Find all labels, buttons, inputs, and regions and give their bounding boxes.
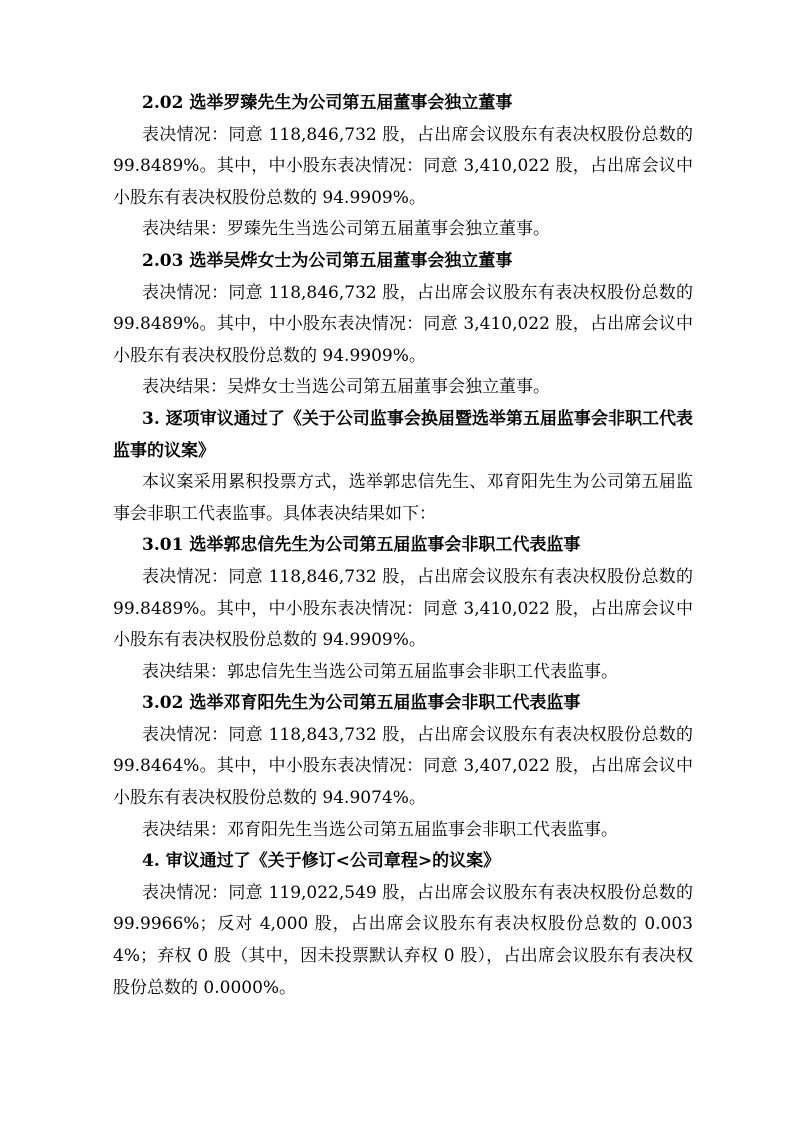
section-heading-2-02: 2.02 选举罗臻先生为公司第五届董事会独立董事	[113, 88, 693, 120]
voting-result-paragraph: 表决结果：罗臻先生当选公司第五届董事会独立董事。	[113, 214, 693, 246]
document-page: 2.02 选举罗臻先生为公司第五届董事会独立董事 表决情况：同意 118,846…	[0, 0, 793, 1122]
section-heading-3-01: 3.01 选举郭忠信先生为公司第五届监事会非职工代表监事	[113, 530, 693, 562]
voting-detail-paragraph: 表决情况：同意 118,846,732 股，占出席会议股东有表决权股份总数的 9…	[113, 278, 693, 373]
voting-detail-paragraph: 表决情况：同意 118,846,732 股，占出席会议股东有表决权股份总数的 9…	[113, 120, 693, 215]
document-content: 2.02 选举罗臻先生为公司第五届董事会独立董事 表决情况：同意 118,846…	[113, 88, 693, 1004]
voting-result-paragraph: 表决结果：郭忠信先生当选公司第五届监事会非职工代表监事。	[113, 657, 693, 689]
voting-result-paragraph: 表决结果：吴烨女士当选公司第五届董事会独立董事。	[113, 372, 693, 404]
section-heading-3: 3. 逐项审议通过了《关于公司监事会换届暨选举第五届监事会非职工代表监事的议案》	[113, 404, 693, 467]
voting-detail-paragraph: 表决情况：同意 118,843,732 股，占出席会议股东有表决权股份总数的 9…	[113, 720, 693, 815]
section-heading-4: 4. 审议通过了《关于修订<公司章程>的议案》	[113, 846, 693, 878]
voting-detail-paragraph: 表决情况：同意 119,022,549 股，占出席会议股东有表决权股份总数的 9…	[113, 878, 693, 1004]
section-heading-2-03: 2.03 选举吴烨女士为公司第五届董事会独立董事	[113, 246, 693, 278]
voting-result-paragraph: 表决结果：邓育阳先生当选公司第五届监事会非职工代表监事。	[113, 815, 693, 847]
voting-detail-paragraph: 表决情况：同意 118,846,732 股，占出席会议股东有表决权股份总数的 9…	[113, 562, 693, 657]
section-heading-3-02: 3.02 选举邓育阳先生为公司第五届监事会非职工代表监事	[113, 688, 693, 720]
cumulative-voting-note-paragraph: 本议案采用累积投票方式，选举郭忠信先生、邓育阳先生为公司第五届监事会非职工代表监…	[113, 467, 693, 530]
